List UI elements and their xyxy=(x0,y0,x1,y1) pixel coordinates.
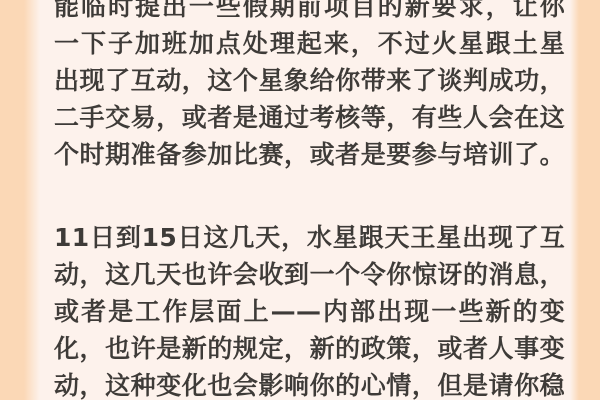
text-line: 化，也许是新的规定，新的政策，或者人事变 xyxy=(54,330,565,367)
article-page: 能临时提出一些假期前项目的新要求，让你 一下子加班加点处理起来，不过火星跟土星 … xyxy=(0,0,600,400)
paragraph-1: 能临时提出一些假期前项目的新要求，让你 一下子加班加点处理起来，不过火星跟土星 … xyxy=(54,0,565,173)
text-line: 个时期准备参加比赛，或者是要参与培训了。 xyxy=(54,136,565,173)
text-line: 能临时提出一些假期前项目的新要求，让你 xyxy=(54,0,565,25)
article-text: 能临时提出一些假期前项目的新要求，让你 一下子加班加点处理起来，不过火星跟土星 … xyxy=(54,0,565,400)
text-line: 或者是工作层面上——内部出现一些新的变 xyxy=(54,293,565,330)
left-margin-band xyxy=(0,0,42,400)
paragraph-2: 11日到15日这几天，水星跟天王星出现了互 动，这几天也许会收到一个令你惊讶的消… xyxy=(54,219,565,400)
text-line: 11日到15日这几天，水星跟天王星出现了互 xyxy=(54,219,565,256)
text-line: 一下子加班加点处理起来，不过火星跟土星 xyxy=(54,25,565,62)
text-line: 出现了互动，这个星象给你带来了谈判成功， xyxy=(54,62,565,99)
text-line: 二手交易，或者是通过考核等，有些人会在这 xyxy=(54,99,565,136)
right-margin-band xyxy=(568,0,600,400)
text-line: 动，这种变化也会影响你的心情，但是请你稳 xyxy=(54,367,565,400)
text-line: 动，这几天也许会收到一个令你惊讶的消息， xyxy=(54,256,565,293)
